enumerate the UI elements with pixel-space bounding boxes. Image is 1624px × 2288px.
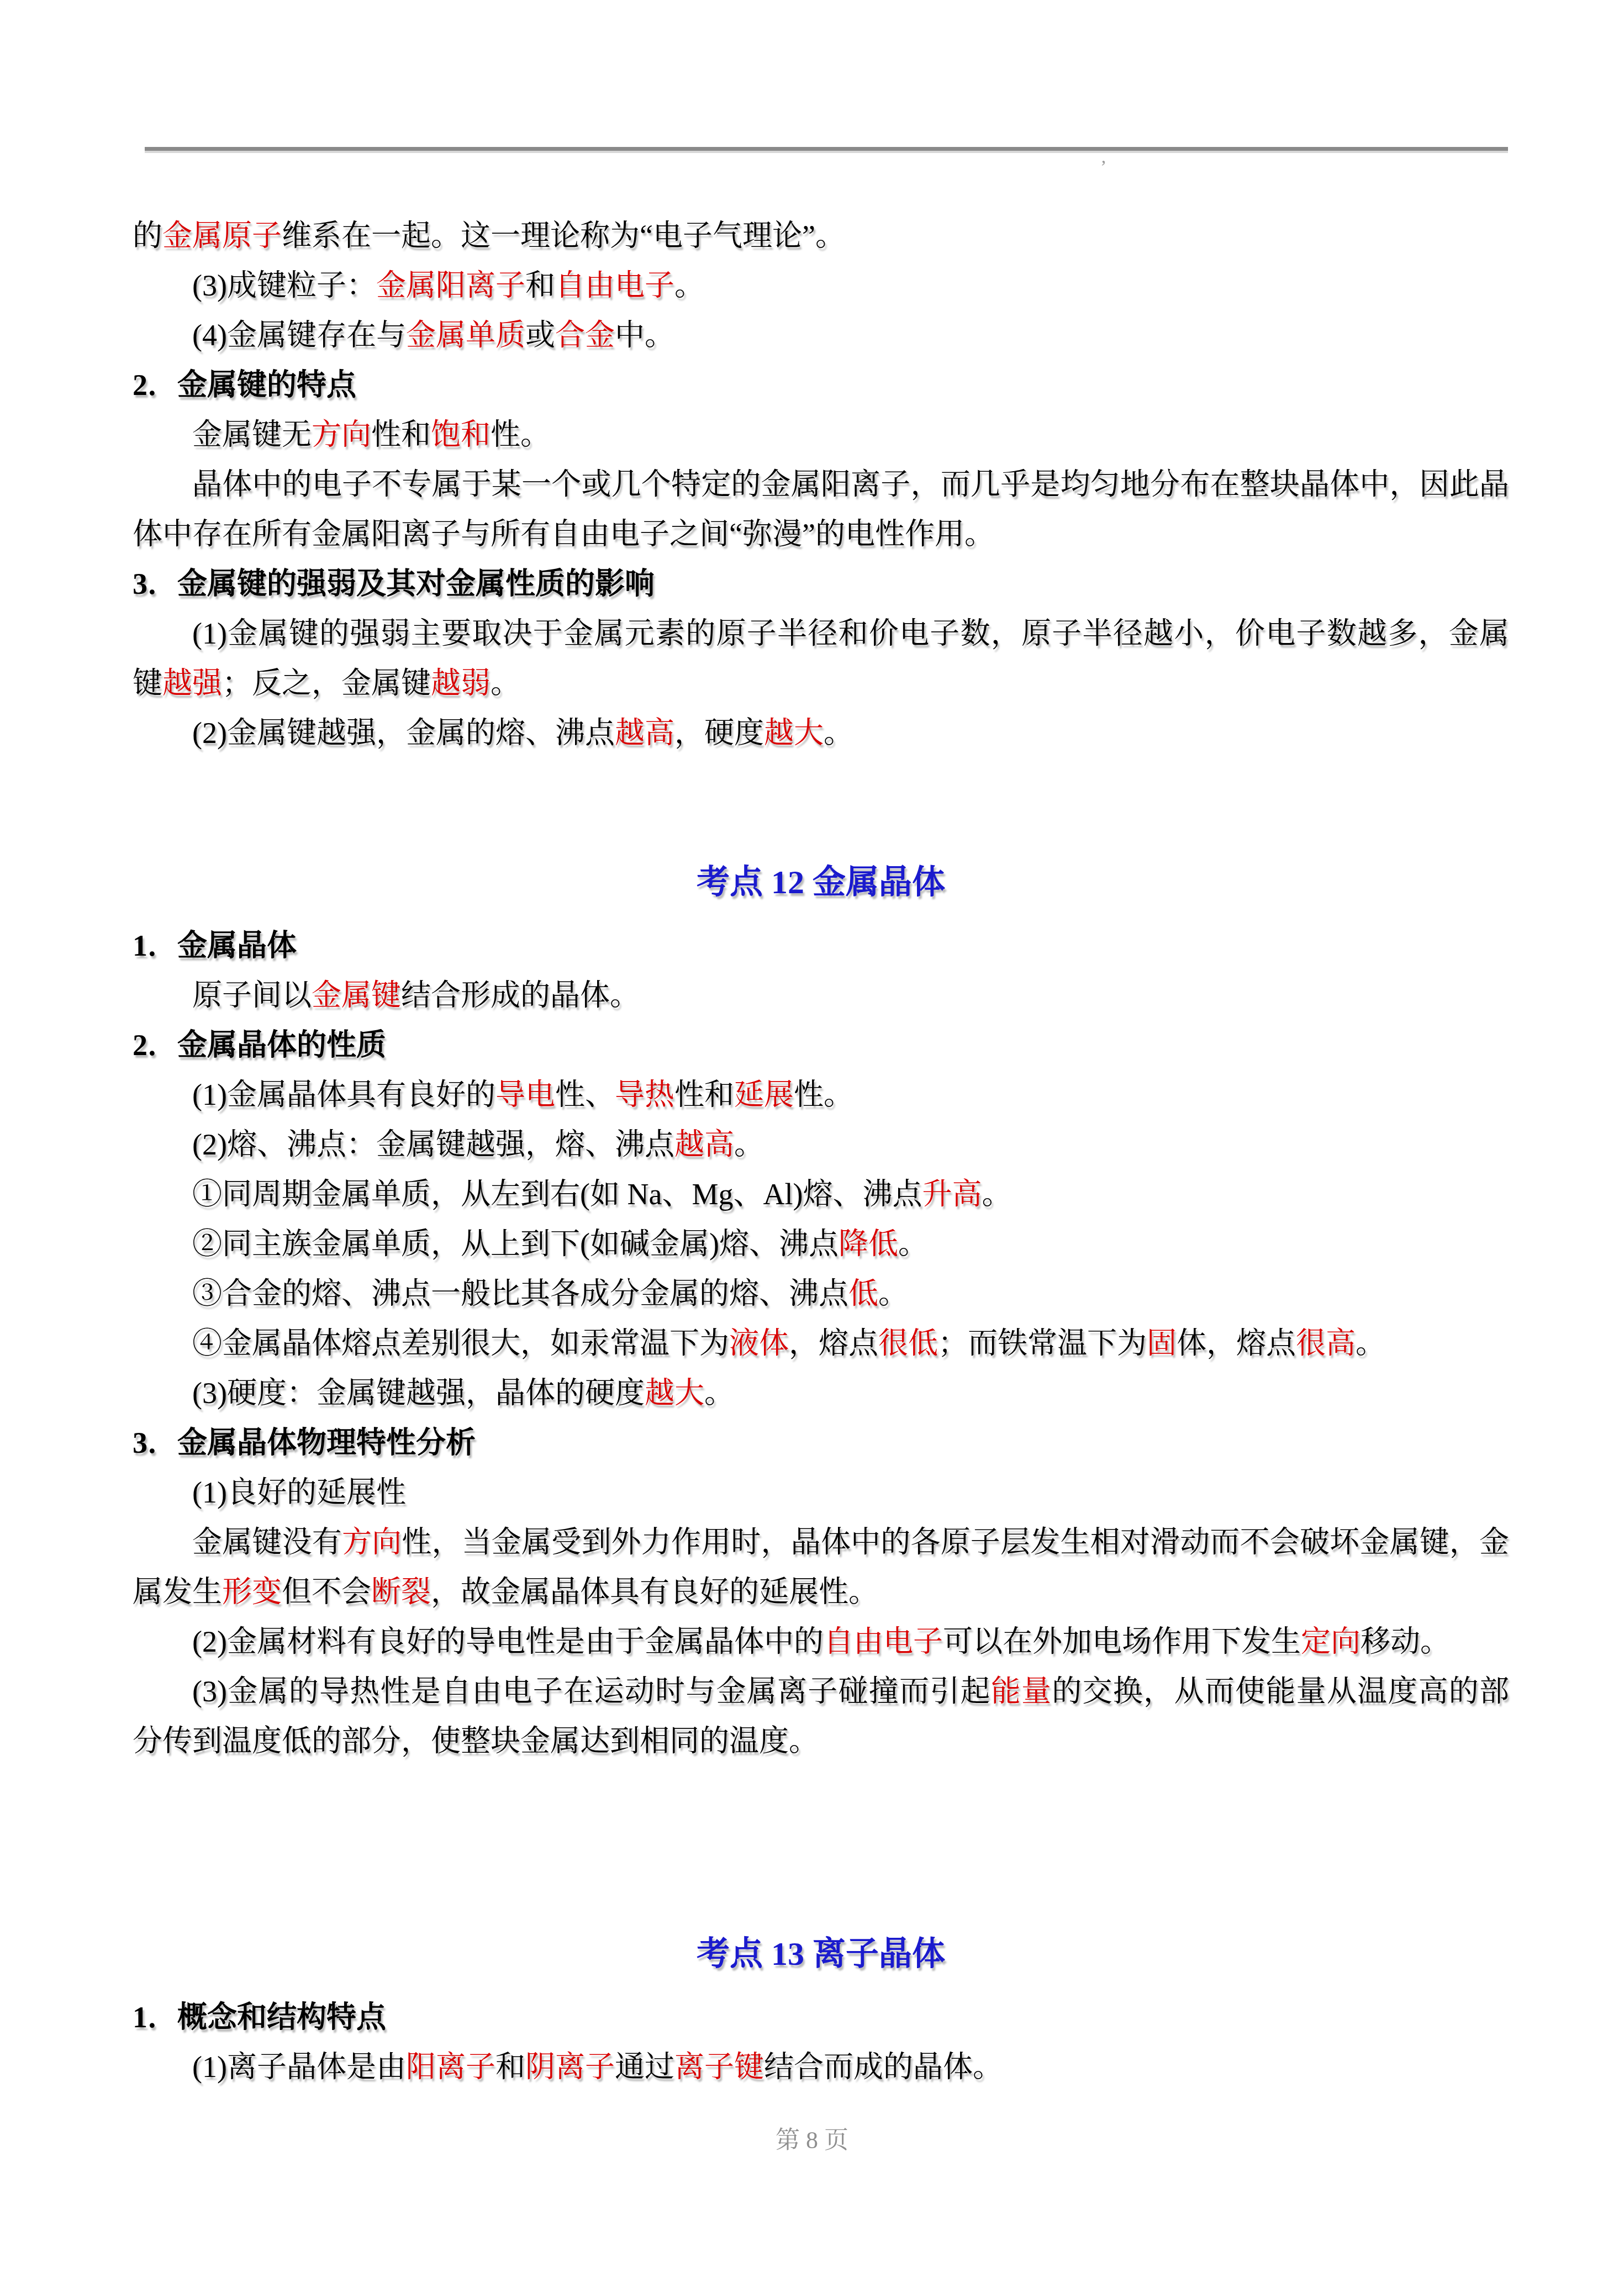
highlight-term: 方向 <box>312 418 371 451</box>
text-run: 性和 <box>674 1078 734 1111</box>
highlight-term: 阴离子 <box>525 2050 615 2084</box>
highlight-term: 能量 <box>991 1675 1052 1708</box>
text-run: ，熔点 <box>789 1327 878 1360</box>
highlight-term: 低 <box>848 1277 878 1310</box>
text-run: 金属键没有 <box>192 1526 342 1559</box>
highlight-term: 越高 <box>615 716 674 750</box>
highlight-term: 降低 <box>839 1227 898 1261</box>
text-run: 但不会 <box>282 1575 371 1609</box>
highlight-term: 导电 <box>495 1078 555 1111</box>
text-run: 3．金属晶体物理特性分析 <box>133 1426 476 1459</box>
text-run: 性、 <box>555 1078 615 1111</box>
text-run: 。 <box>898 1227 928 1261</box>
text-run: 和 <box>495 2050 525 2084</box>
paragraph: (2)熔、沸点：金属键越强，熔、沸点越高。 <box>133 1120 1509 1169</box>
text-run: 金属键无 <box>192 418 312 451</box>
text-run: (2)熔、沸点：金属键越强，熔、沸点 <box>192 1128 674 1161</box>
text-run: 性。 <box>794 1078 853 1111</box>
text-run: 。 <box>734 1128 764 1161</box>
text-run: 体，熔点 <box>1177 1327 1296 1360</box>
text-run: 。 <box>982 1178 1011 1211</box>
text-run: 性。 <box>491 418 550 451</box>
numbered-heading: 1．概念和结构特点 <box>133 1992 1509 2042</box>
text-run: 移动。 <box>1361 1625 1450 1658</box>
text-run: ③合金的熔、沸点一般比其各成分金属的熔、沸点 <box>192 1277 848 1310</box>
paragraph: 金属键无方向性和饱和性。 <box>133 410 1509 460</box>
stray-mark: ’ <box>1100 158 1106 177</box>
section-heading: 考点 13 离子晶体 <box>133 1923 1509 1984</box>
text-run: 2．金属键的特点 <box>133 368 356 402</box>
text-run: ，硬度 <box>674 716 764 750</box>
text-run: 结合形成的晶体。 <box>401 979 640 1012</box>
text-run: ①同周期金属单质，从左到右(如 Na、Mg、Al)熔、沸点 <box>192 1178 922 1211</box>
highlight-term: 越高 <box>674 1128 734 1161</box>
text-run: 性和 <box>371 418 431 451</box>
highlight-term: 固 <box>1147 1327 1177 1360</box>
text-run: 1．概念和结构特点 <box>133 2001 386 2034</box>
text-run: 。 <box>674 269 704 302</box>
paragraph: (3)金属的导热性是自由电子在运动时与金属离子碰撞而引起能量的交换，从而使能量从… <box>133 1667 1509 1766</box>
highlight-term: 越强 <box>162 667 222 700</box>
highlight-term: 离子键 <box>674 2050 764 2084</box>
paragraph: (1)金属键的强弱主要取决于金属元素的原子半径和价电子数，原子半径越小，价电子数… <box>133 609 1509 708</box>
paragraph: (1)离子晶体是由阳离子和阴离子通过离子键结合而成的晶体。 <box>133 2042 1509 2092</box>
header-rule <box>145 147 1508 151</box>
highlight-term: 断裂 <box>371 1575 431 1609</box>
paragraph: (3)硬度：金属键越强，晶体的硬度越大。 <box>133 1368 1509 1418</box>
paragraph: (4)金属键存在与金属单质或合金中。 <box>133 310 1509 360</box>
highlight-term: 很高 <box>1296 1327 1356 1360</box>
text-run: (2)金属键越强，金属的熔、沸点 <box>192 716 615 750</box>
text-run: ，故金属晶体具有良好的延展性。 <box>431 1575 878 1609</box>
highlight-term: 延展 <box>734 1078 794 1111</box>
text-run: 考点 12 金属晶体 <box>697 864 945 900</box>
highlight-term: 金属原子 <box>162 219 282 252</box>
highlight-term: 方向 <box>342 1526 402 1559</box>
text-run: (3)硬度：金属键越强，晶体的硬度 <box>192 1377 645 1410</box>
text-run: ；而铁常温下为 <box>938 1327 1147 1360</box>
text-run: 。 <box>878 1277 908 1310</box>
highlight-term: 金属键 <box>312 979 401 1012</box>
document-page: ’ 的金属原子维系在一起。这一理论称为“电子气理论”。(3)成键粒子：金属阳离子… <box>0 0 1624 2288</box>
text-run: (4)金属键存在与 <box>192 319 406 352</box>
numbered-heading: 3．金属键的强弱及其对金属性质的影响 <box>133 559 1509 609</box>
paragraph: ③合金的熔、沸点一般比其各成分金属的熔、沸点低。 <box>133 1269 1509 1319</box>
text-run: ④金属晶体熔点差别很大，如汞常温下为 <box>192 1327 729 1360</box>
text-run: 的 <box>133 219 162 252</box>
paragraph: ②同主族金属单质，从上到下(如碱金属)熔、沸点降低。 <box>133 1219 1509 1269</box>
text-run: 。 <box>491 667 520 700</box>
text-run: 中。 <box>615 319 674 352</box>
highlight-term: 导热 <box>615 1078 674 1111</box>
text-run: 或 <box>525 319 555 352</box>
text-run: (3)金属的导热性是自由电子在运动时与金属离子碰撞而引起 <box>192 1675 991 1708</box>
text-run: (2)金属材料有良好的导电性是由于金属晶体中的 <box>192 1625 824 1658</box>
text-run: 3．金属键的强弱及其对金属性质的影响 <box>133 567 655 600</box>
text-run: 1．金属晶体 <box>133 929 297 962</box>
paragraph: 原子间以金属键结合形成的晶体。 <box>133 971 1509 1020</box>
numbered-heading: 1．金属晶体 <box>133 921 1509 971</box>
highlight-term: 金属阳离子 <box>376 269 525 302</box>
paragraph: 金属键没有方向性，当金属受到外力作用时，晶体中的各原子层发生相对滑动而不会破坏金… <box>133 1517 1509 1617</box>
paragraph: (2)金属键越强，金属的熔、沸点越高，硬度越大。 <box>133 708 1509 758</box>
text-run: 可以在外加电场作用下发生 <box>943 1625 1301 1658</box>
numbered-heading: 2．金属晶体的性质 <box>133 1020 1509 1070</box>
paragraph: (2)金属材料有良好的导电性是由于金属晶体中的自由电子可以在外加电场作用下发生定… <box>133 1617 1509 1667</box>
paragraph: ④金属晶体熔点差别很大，如汞常温下为液体，熔点很低；而铁常温下为固体，熔点很高。 <box>133 1319 1509 1368</box>
paragraph: (3)成键粒子：金属阳离子和自由电子。 <box>133 261 1509 310</box>
text-run: 晶体中的电子不专属于某一个或几个特定的金属阳离子，而几乎是均匀地分布在整块晶体中… <box>133 468 1509 551</box>
highlight-term: 升高 <box>922 1178 982 1211</box>
highlight-term: 很低 <box>878 1327 938 1360</box>
highlight-term: 越大 <box>645 1377 704 1410</box>
text-run: 2．金属晶体的性质 <box>133 1029 386 1062</box>
text-run: 通过 <box>615 2050 674 2084</box>
text-run: (1)离子晶体是由 <box>192 2050 406 2084</box>
highlight-term: 液体 <box>729 1327 789 1360</box>
highlight-term: 金属单质 <box>406 319 525 352</box>
text-run: 原子间以 <box>192 979 312 1012</box>
numbered-heading: 2．金属键的特点 <box>133 360 1509 410</box>
text-run: 维系在一起。这一理论称为“电子气理论”。 <box>282 219 845 252</box>
section-heading: 考点 12 金属晶体 <box>133 852 1509 913</box>
text-run: ②同主族金属单质，从上到下(如碱金属)熔、沸点 <box>192 1227 839 1261</box>
text-run: 。 <box>1356 1327 1385 1360</box>
paragraph: 的金属原子维系在一起。这一理论称为“电子气理论”。 <box>133 211 1509 261</box>
text-run: (1)金属晶体具有良好的 <box>192 1078 495 1111</box>
highlight-term: 定向 <box>1301 1625 1361 1658</box>
document-body: 的金属原子维系在一起。这一理论称为“电子气理论”。(3)成键粒子：金属阳离子和自… <box>133 211 1509 2092</box>
text-run: 考点 13 离子晶体 <box>697 1936 945 1972</box>
text-run: 。 <box>824 716 853 750</box>
paragraph: (1)良好的延展性 <box>133 1468 1509 1517</box>
text-run: (1)良好的延展性 <box>192 1476 406 1509</box>
highlight-term: 自由电子 <box>824 1625 943 1658</box>
page-number: 第 8 页 <box>0 2120 1624 2155</box>
paragraph: 晶体中的电子不专属于某一个或几个特定的金属阳离子，而几乎是均匀地分布在整块晶体中… <box>133 460 1509 559</box>
text-run: ；反之，金属键 <box>222 667 431 700</box>
highlight-term: 自由电子 <box>555 269 674 302</box>
text-run: 和 <box>525 269 555 302</box>
highlight-term: 合金 <box>555 319 615 352</box>
paragraph: (1)金属晶体具有良好的导电性、导热性和延展性。 <box>133 1070 1509 1120</box>
highlight-term: 饱和 <box>431 418 491 451</box>
paragraph: ①同周期金属单质，从左到右(如 Na、Mg、Al)熔、沸点升高。 <box>133 1169 1509 1219</box>
highlight-term: 越弱 <box>431 667 491 700</box>
text-run: 。 <box>704 1377 734 1410</box>
highlight-term: 越大 <box>764 716 824 750</box>
numbered-heading: 3．金属晶体物理特性分析 <box>133 1418 1509 1468</box>
highlight-term: 形变 <box>222 1575 282 1609</box>
text-run: 结合而成的晶体。 <box>764 2050 1003 2084</box>
highlight-term: 阳离子 <box>406 2050 495 2084</box>
text-run: (3)成键粒子： <box>192 269 376 302</box>
